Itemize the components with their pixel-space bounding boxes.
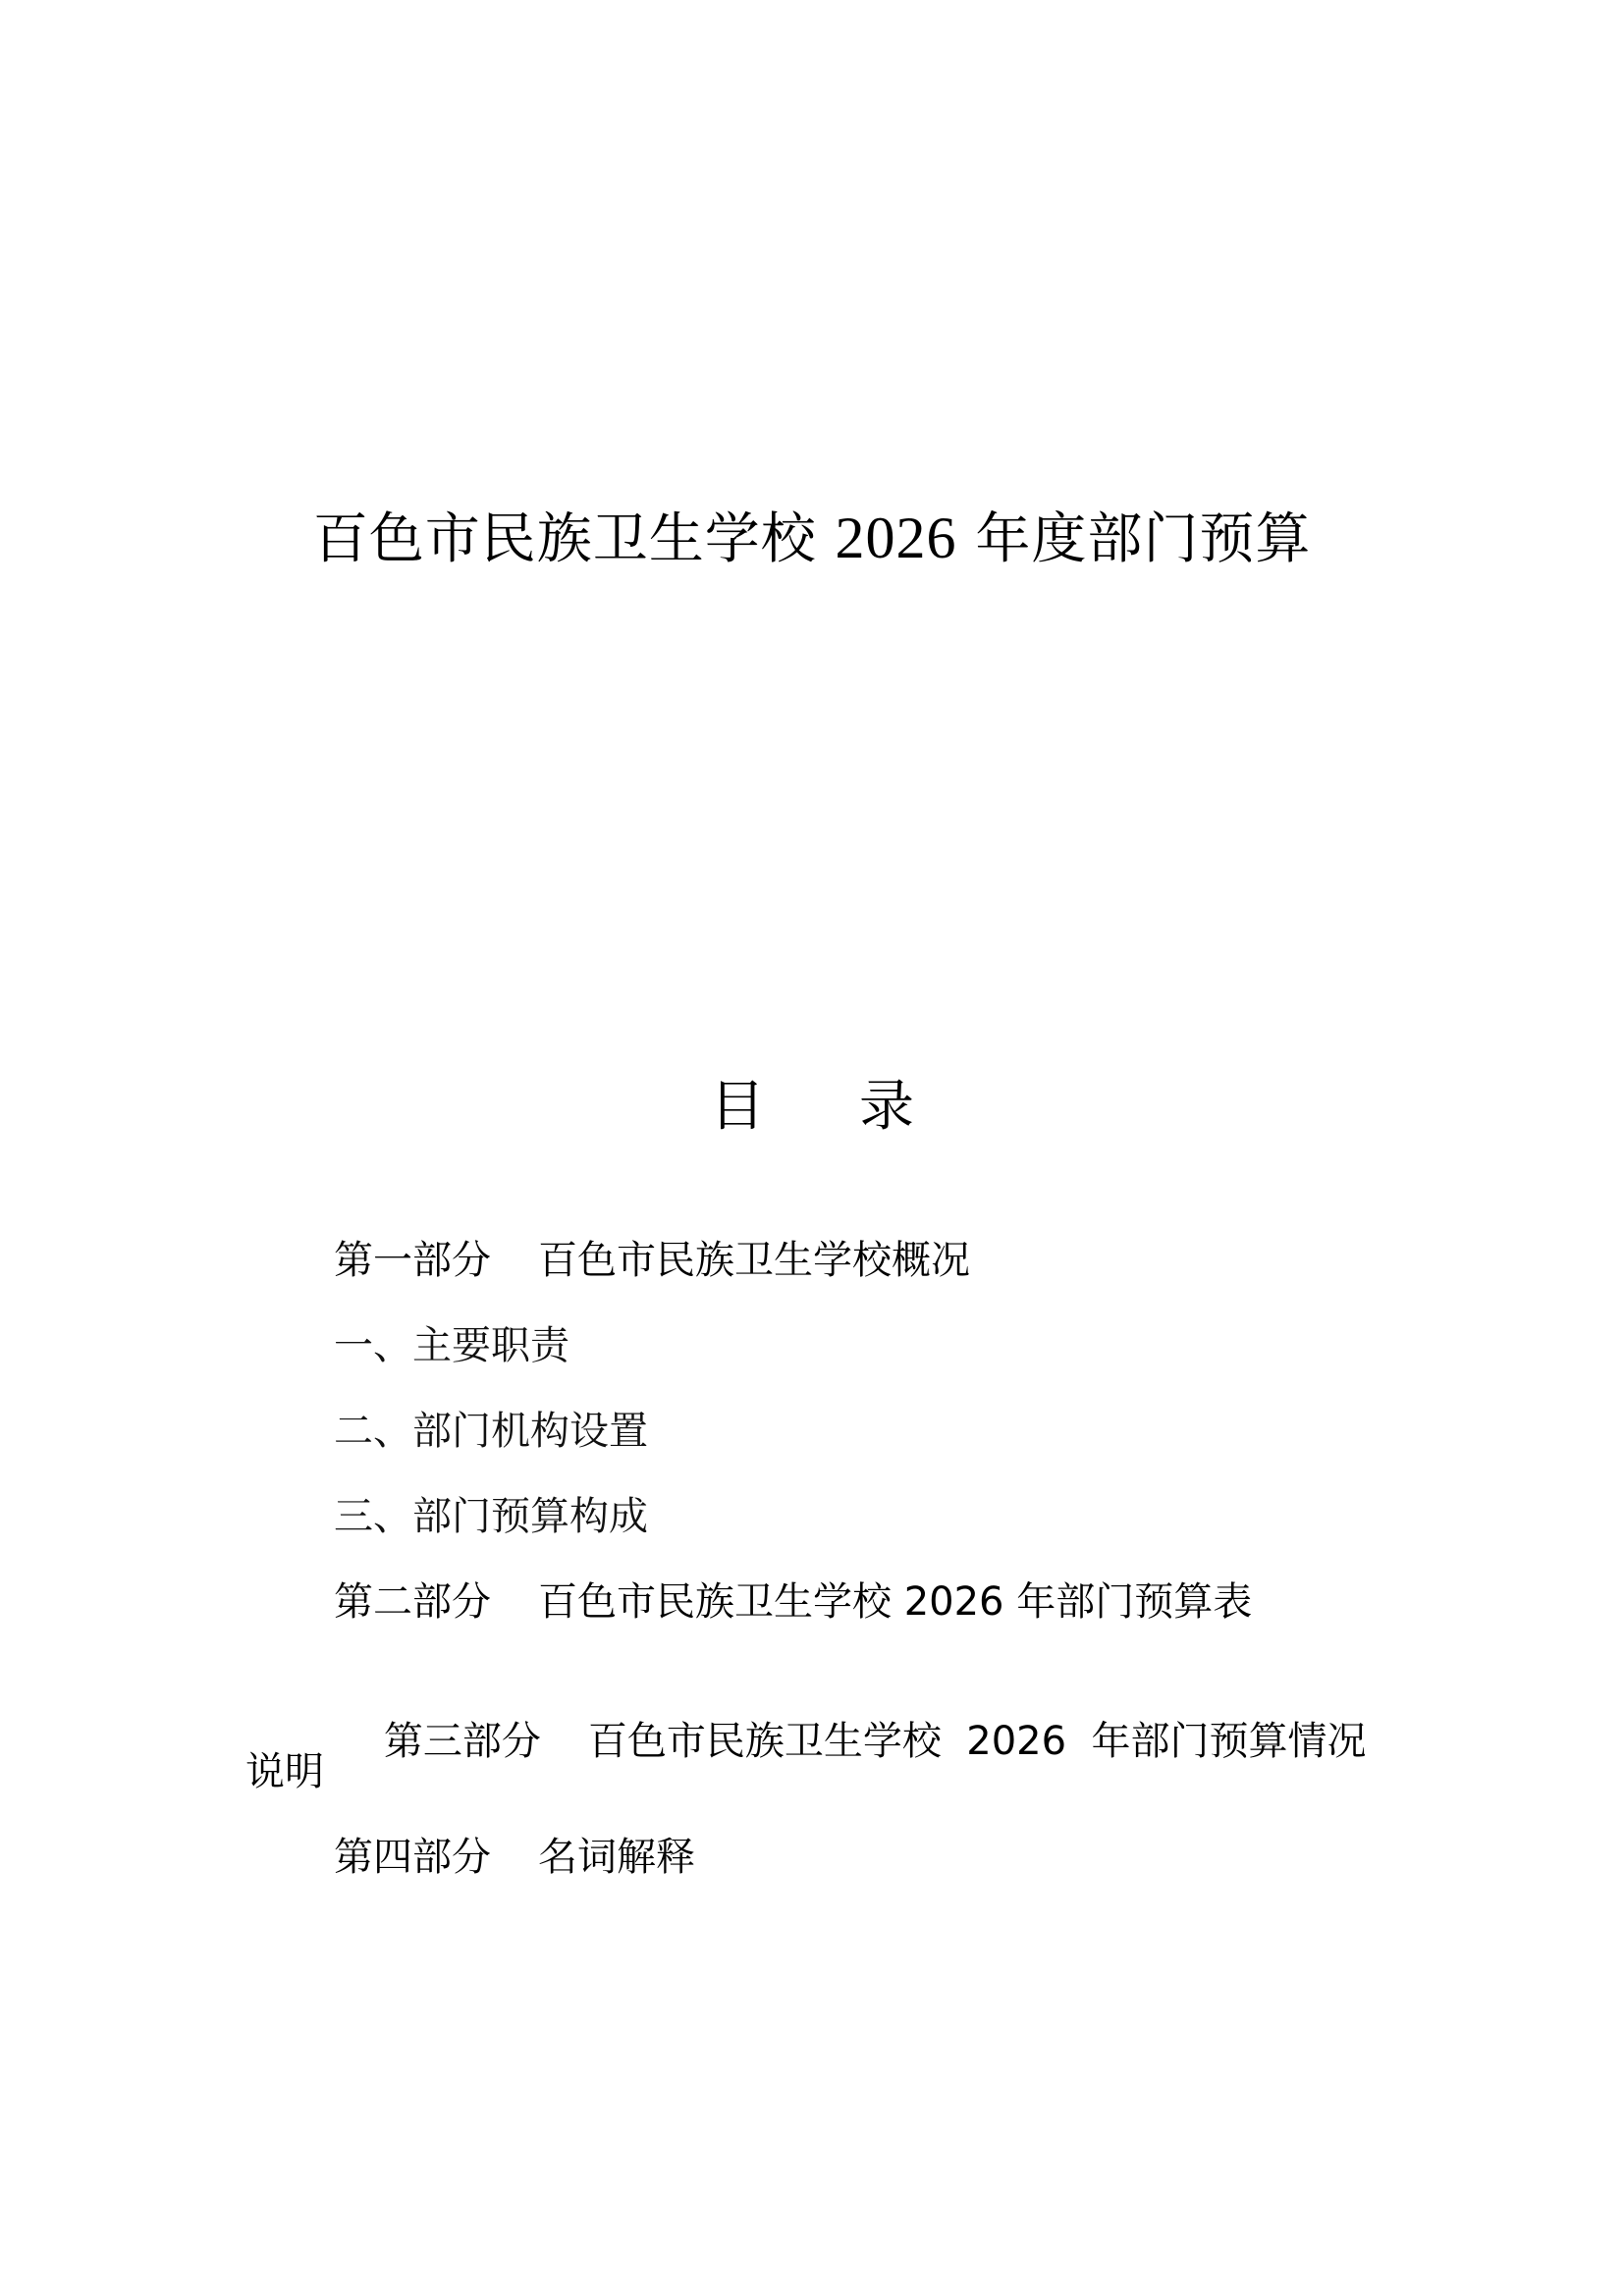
toc-entry-part-4[interactable]: 第四部分名词解释 bbox=[334, 1830, 695, 1885]
toc-part-label: 第四部分 bbox=[334, 1830, 491, 1885]
toc-part-label: 第一部分 bbox=[334, 1233, 491, 1288]
toc-part-label: 第二部分 bbox=[334, 1575, 491, 1629]
toc-entry-text: 名词解释 bbox=[538, 1830, 695, 1885]
toc-entry-part-1[interactable]: 第一部分百色市民族卫生学校概况 bbox=[334, 1233, 970, 1288]
toc-heading-char-1: 目 bbox=[710, 1068, 765, 1147]
toc-heading: 目录 bbox=[0, 1068, 1624, 1147]
toc-entry-main-duties[interactable]: 一、主要职责 bbox=[334, 1318, 569, 1373]
toc-entry-text: 百色市民族卫生学校 2026 年部门预算情况 bbox=[588, 1714, 1367, 1769]
toc-entry-part-3-continued[interactable]: 说明 bbox=[245, 1744, 324, 1799]
toc-entry-part-2[interactable]: 第二部分百色市民族卫生学校 2026 年部门预算表 bbox=[334, 1575, 1252, 1629]
document-title: 百色市民族卫生学校 2026 年度部门预算 bbox=[0, 499, 1624, 579]
toc-heading-char-2: 录 bbox=[859, 1068, 914, 1147]
toc-entry-budget-composition[interactable]: 三、部门预算构成 bbox=[334, 1489, 648, 1544]
toc-entry-part-3[interactable]: 第三部分百色市民族卫生学校 2026 年部门预算情况 bbox=[334, 1659, 1367, 1824]
toc-entry-text: 百色市民族卫生学校 2026 年部门预算表 bbox=[538, 1575, 1252, 1629]
toc-entry-text: 一、主要职责 bbox=[334, 1318, 569, 1373]
title-suffix: 年度部门预算 bbox=[975, 507, 1311, 571]
toc-part-label: 第三部分 bbox=[384, 1714, 541, 1769]
title-year: 2026 bbox=[836, 506, 957, 570]
toc-entry-text: 百色市民族卫生学校概况 bbox=[538, 1233, 970, 1288]
title-prefix: 百色市民族卫生学校 bbox=[313, 507, 817, 571]
toc-entry-org-structure[interactable]: 二、部门机构设置 bbox=[334, 1404, 648, 1459]
toc-entry-text: 二、部门机构设置 bbox=[334, 1404, 648, 1459]
toc-entry-text: 说明 bbox=[245, 1744, 324, 1799]
document-page: 百色市民族卫生学校 2026 年度部门预算 目录 第一部分百色市民族卫生学校概况… bbox=[0, 0, 1624, 2296]
toc-entry-text: 三、部门预算构成 bbox=[334, 1489, 648, 1544]
